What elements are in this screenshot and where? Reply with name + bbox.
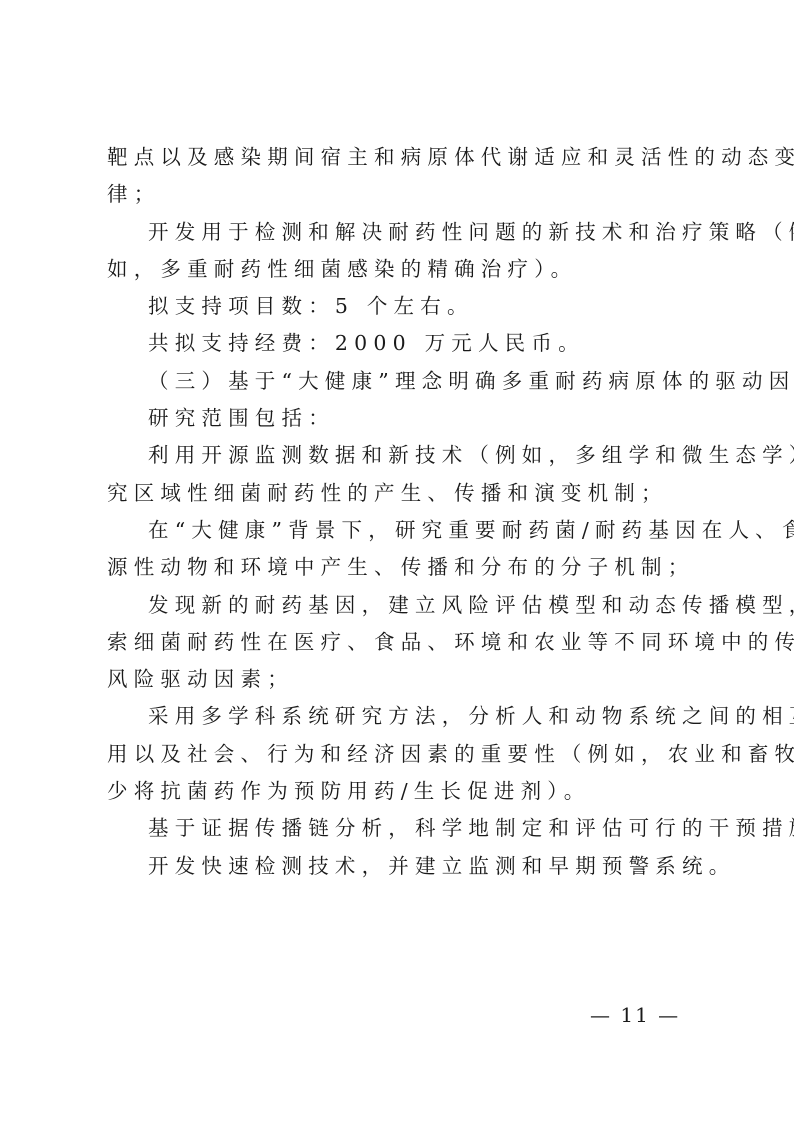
section-heading: （三）基于“大健康”理念明确多重耐药病原体的驱动因素 [107, 363, 689, 400]
text-line: 风险驱动因素； [107, 661, 689, 698]
text-line: 发现新的耐药基因，建立风险评估模型和动态传播模型，探 [107, 587, 689, 624]
text-line: 开发用于检测和解决耐药性问题的新技术和治疗策略（例 [107, 214, 689, 251]
text-line: 如，多重耐药性细菌感染的精确治疗）。 [107, 251, 689, 288]
document-body: 靶点以及感染期间宿主和病原体代谢适应和灵活性的动态变化规 律； 开发用于检测和解… [107, 139, 689, 885]
text-line: 利用开源监测数据和新技术（例如，多组学和微生态学）研 [107, 437, 689, 474]
funding-line: 共拟支持经费：2000 万元人民币。 [107, 325, 689, 362]
project-count-line: 拟支持项目数：5 个左右。 [107, 288, 689, 325]
text-line: 靶点以及感染期间宿主和病原体代谢适应和灵活性的动态变化规 [107, 139, 689, 176]
text-line: 在“大健康”背景下，研究重要耐药菌/耐药基因在人、食品 [107, 512, 689, 549]
text-line: 究区域性细菌耐药性的产生、传播和演变机制； [107, 475, 689, 512]
text-line: 索细菌耐药性在医疗、食品、环境和农业等不同环境中的传播和 [107, 624, 689, 661]
text-line: 开发快速检测技术，并建立监测和早期预警系统。 [107, 848, 689, 885]
text-line: 源性动物和环境中产生、传播和分布的分子机制； [107, 549, 689, 586]
page-number: — 11 — [590, 1003, 680, 1027]
text-line: 采用多学科系统研究方法，分析人和动物系统之间的相互作 [107, 698, 689, 735]
research-scope-label: 研究范围包括： [107, 400, 689, 437]
text-line: 律； [107, 176, 689, 213]
text-line: 用以及社会、行为和经济因素的重要性（例如，农业和畜牧业减 [107, 736, 689, 773]
text-line: 少将抗菌药作为预防用药/生长促进剂）。 [107, 773, 689, 810]
text-line: 基于证据传播链分析，科学地制定和评估可行的干预措施； [107, 810, 689, 847]
